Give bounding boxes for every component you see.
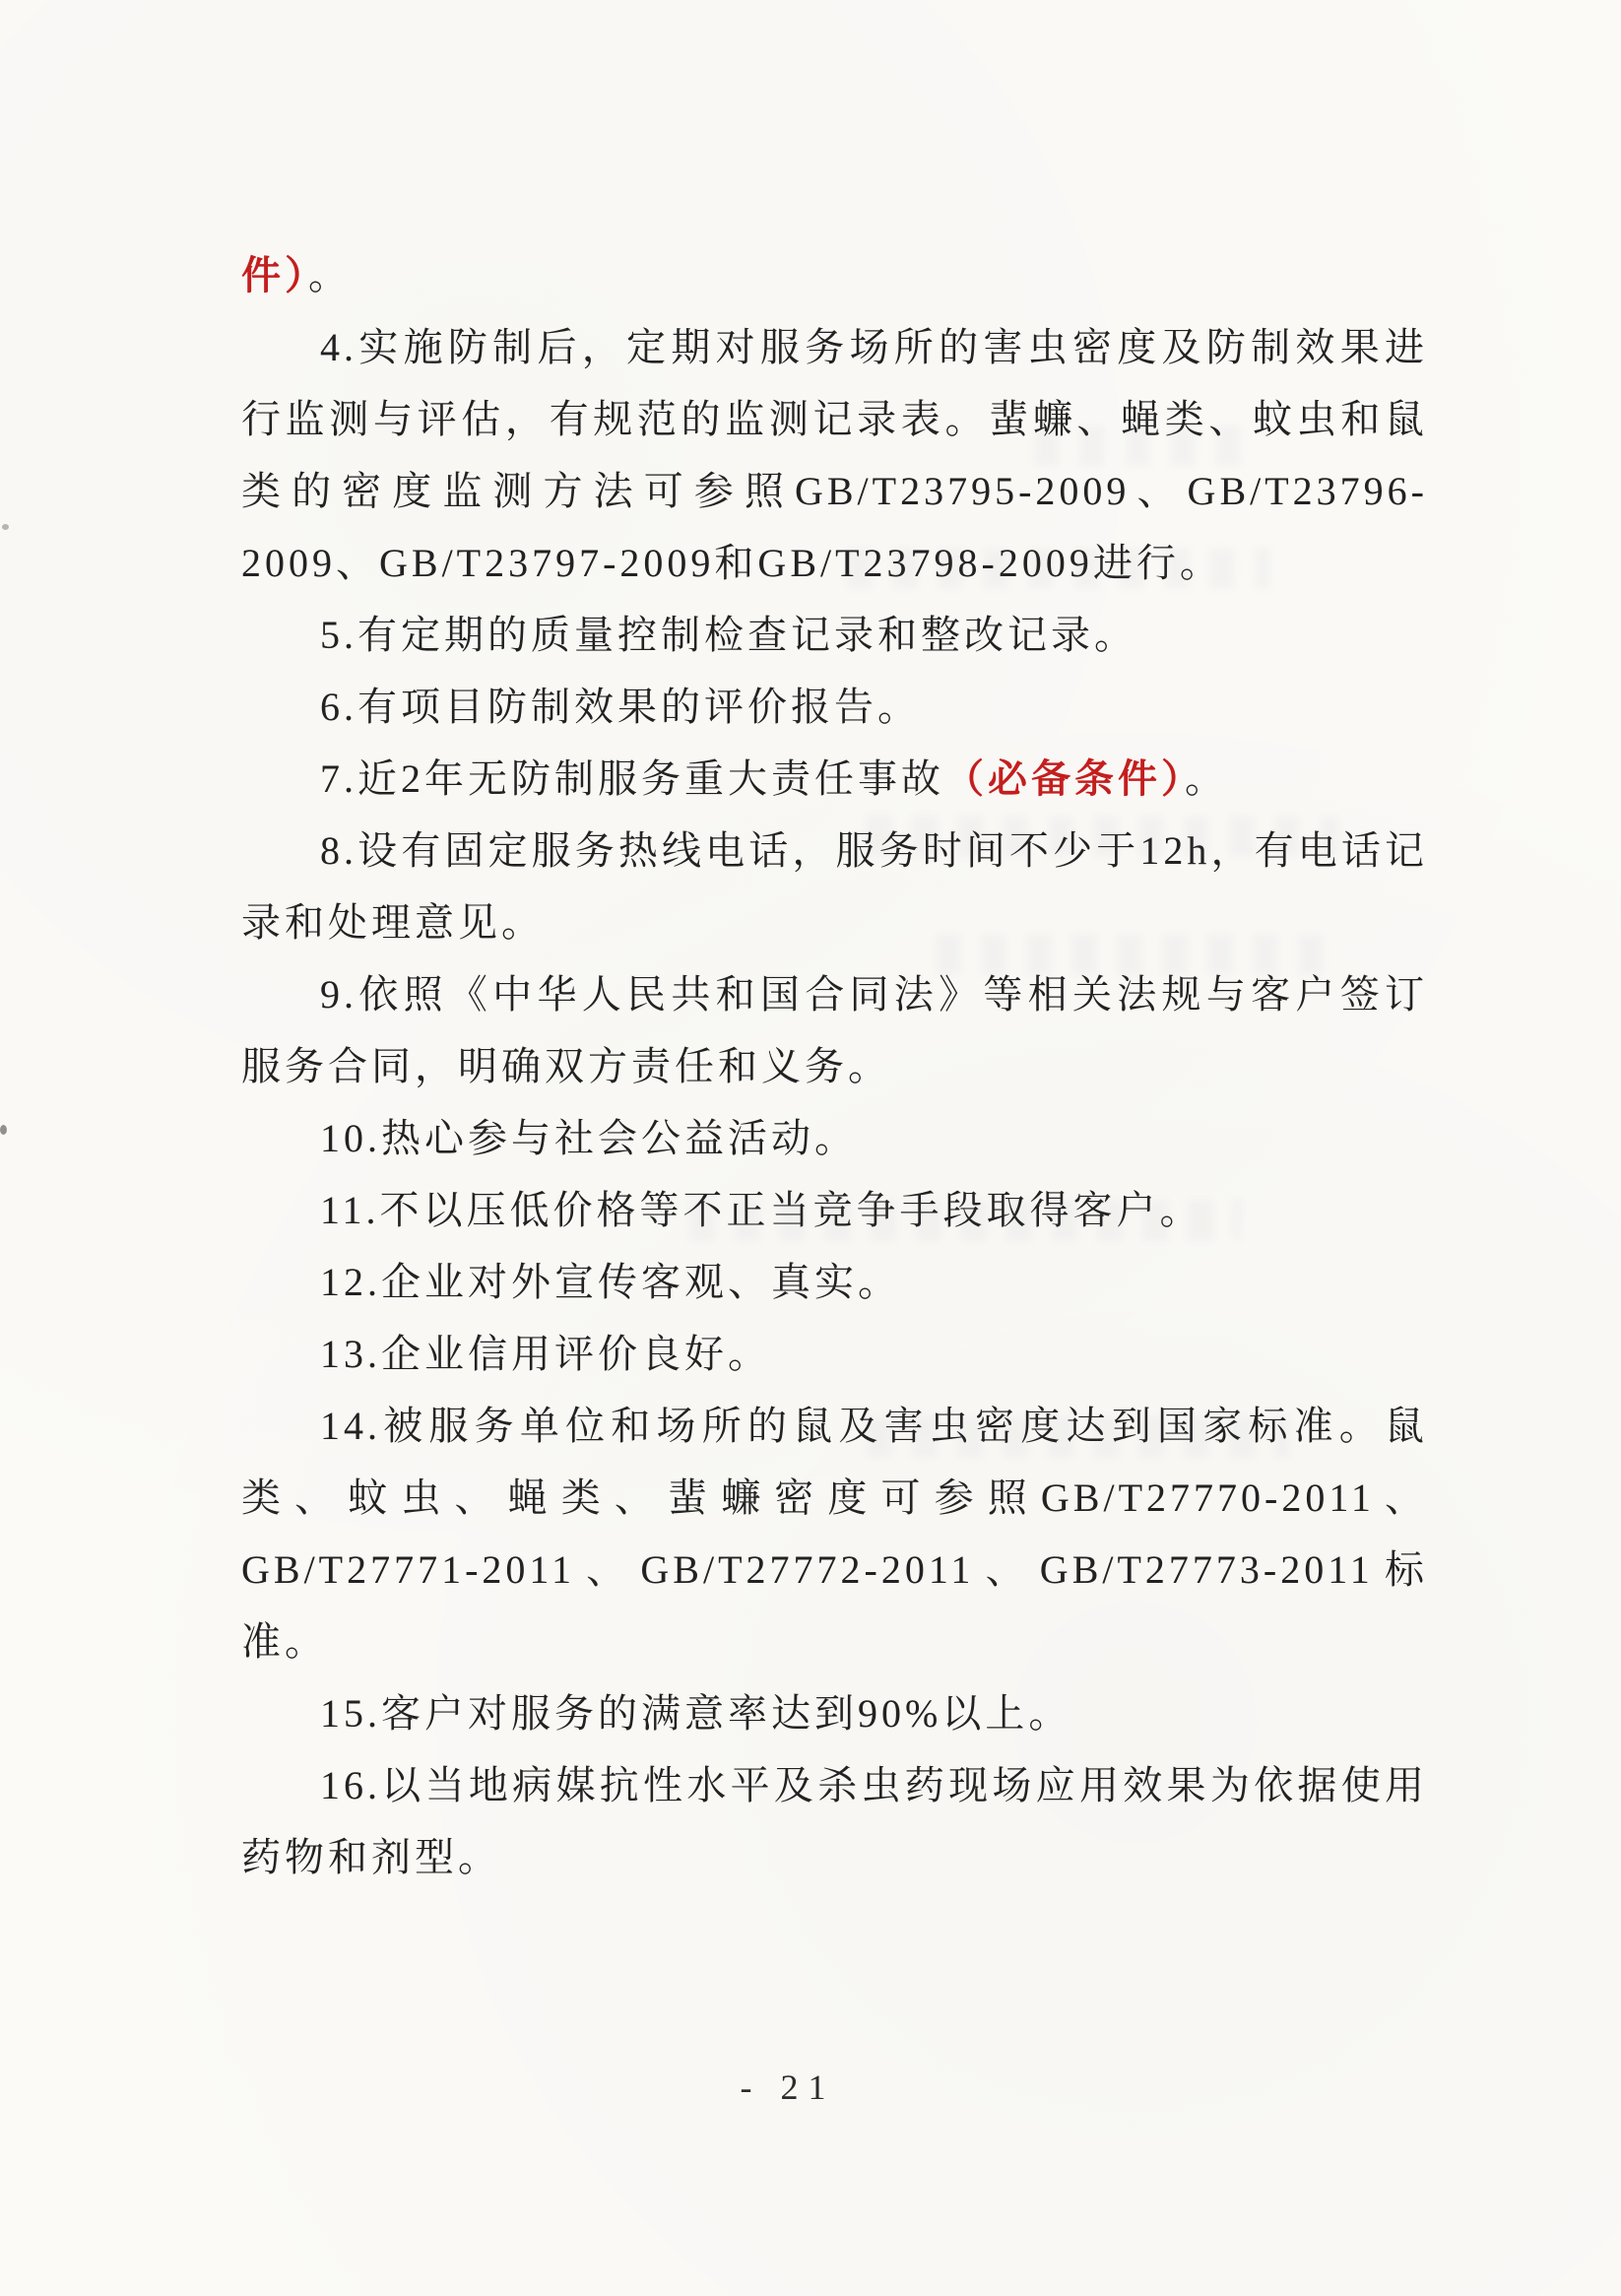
document-body: 件）。 4.实施防制后，定期对服务场所的害虫密度及防制效果进行监测与评估，有规范…: [241, 239, 1428, 1893]
item-text: 。: [1185, 756, 1228, 801]
list-item: 15.客户对服务的满意率达到90%以上。: [241, 1677, 1428, 1749]
item-text: 7.近2年无防制服务重大责任事故: [320, 756, 944, 801]
list-item: 8.设有固定服务热线电话，服务时间不少于12h，有电话记录和处理意见。: [241, 815, 1428, 958]
carryover-red-text: 件）: [241, 253, 308, 297]
list-item: 4.实施防制后，定期对服务场所的害虫密度及防制效果进行监测与评估，有规范的监测记…: [241, 311, 1428, 599]
document-page: 件）。 4.实施防制后，定期对服务场所的害虫密度及防制效果进行监测与评估，有规范…: [0, 0, 1621, 2296]
scan-speck: [2, 524, 9, 530]
page-number: - 21: [0, 2066, 1576, 2108]
scan-speck: [0, 1125, 7, 1135]
list-item: 13.企业信用评价良好。: [241, 1318, 1428, 1390]
required-condition-highlight: （必备条件）: [944, 756, 1185, 801]
list-item: 14.被服务单位和场所的鼠及害虫密度达到国家标准。鼠类、蚊虫、蝇类、蜚蠊密度可参…: [241, 1390, 1428, 1677]
list-item: 16.以当地病媒抗性水平及杀虫药现场应用效果为依据使用药物和剂型。: [241, 1749, 1428, 1893]
carryover-period: 。: [308, 253, 352, 297]
list-item: 11.不以压低价格等不正当竞争手段取得客户。: [241, 1174, 1428, 1246]
carryover-line: 件）。: [241, 239, 1428, 311]
list-item: 12.企业对外宣传客观、真实。: [241, 1246, 1428, 1318]
items-list: 4.实施防制后，定期对服务场所的害虫密度及防制效果进行监测与评估，有规范的监测记…: [241, 311, 1428, 1893]
list-item: 5.有定期的质量控制检查记录和整改记录。: [241, 599, 1428, 671]
list-item: 9.依照《中华人民共和国合同法》等相关法规与客户签订服务合同，明确双方责任和义务…: [241, 958, 1428, 1102]
list-item: 7.近2年无防制服务重大责任事故（必备条件）。: [241, 743, 1428, 815]
list-item: 10.热心参与社会公益活动。: [241, 1102, 1428, 1174]
list-item: 6.有项目防制效果的评价报告。: [241, 671, 1428, 743]
